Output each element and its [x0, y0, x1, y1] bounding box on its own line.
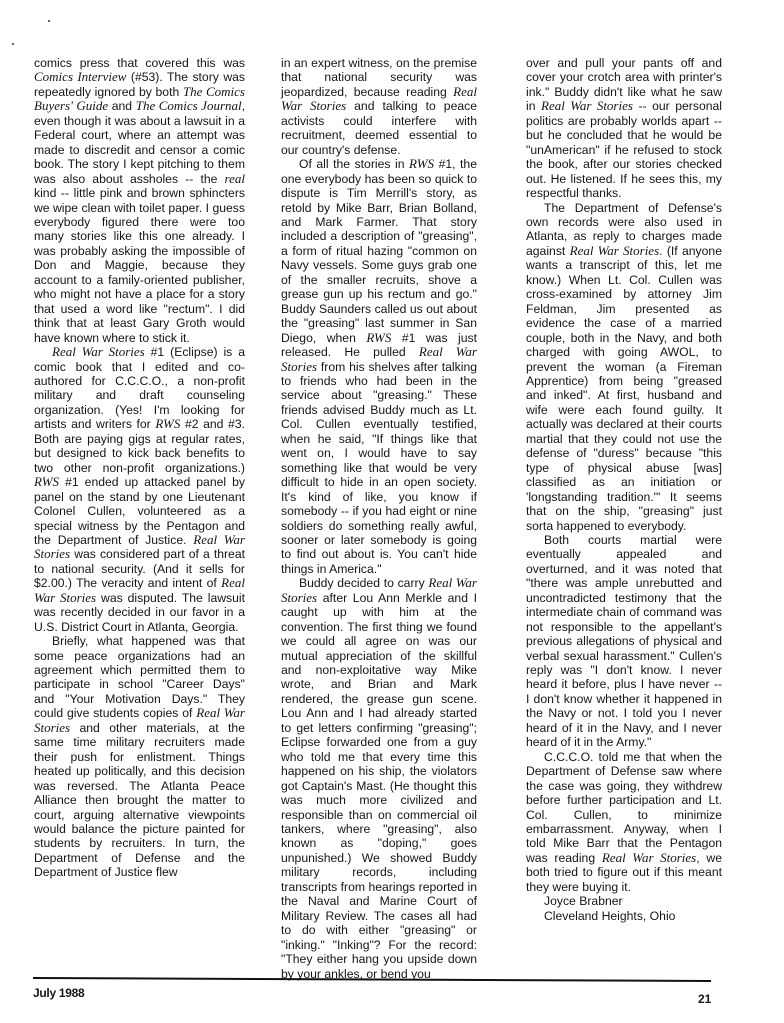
text-run: comics press that covered this was: [34, 56, 245, 70]
italic-title: Real War Stories: [570, 243, 660, 258]
scan-speck: [48, 20, 50, 22]
text-run: from his shelves after talking to friend…: [281, 360, 477, 576]
text-run: and other materials, at the same time mi…: [34, 721, 245, 880]
italic-title: Real War Stories: [52, 344, 145, 359]
signature-line: Joyce Brabner: [526, 894, 722, 908]
scan-speck: [12, 43, 14, 45]
italic-title: Comics Interview: [34, 69, 126, 84]
article-paragraph: comics press that covered this was Comic…: [34, 56, 245, 345]
article-paragraph: Both courts martial were eventually appe…: [526, 533, 722, 750]
article-paragraph: in an expert witness, on the premise tha…: [281, 56, 477, 157]
text-run: Both courts martial were eventually appe…: [526, 533, 722, 749]
italic-title: Real War Stories: [541, 98, 633, 113]
text-run: -- our personal politics are probably wo…: [526, 99, 722, 200]
footer-rule: [33, 977, 711, 982]
text-run: . (If anyone wants a transcript of this,…: [526, 244, 722, 533]
article-paragraph: Briefly, what happened was that some pea…: [34, 634, 245, 880]
article-paragraph: C.C.C.O. told me that when the Departmen…: [526, 750, 722, 895]
article-column-3: over and pull your pants off and cover y…: [526, 56, 722, 923]
text-run: C.C.C.O. told me that when the Departmen…: [526, 750, 722, 865]
article-paragraph: Real War Stories #1 (Eclipse) is a comic…: [34, 345, 245, 634]
text-run: Buddy decided to carry: [299, 576, 428, 590]
issue-date: July 1988: [33, 986, 84, 1000]
italic-title: RWS: [155, 416, 180, 431]
text-run: #1, the one everybody has been so quick …: [281, 157, 477, 344]
italic-title: RWS: [34, 474, 59, 489]
text-run: Cleveland Heights, Ohio: [544, 909, 675, 923]
article-paragraph: Buddy decided to carry Real War Stories …: [281, 576, 477, 981]
italic-title: RWS: [409, 156, 434, 171]
italic-title: The Comics Journal: [136, 98, 242, 113]
article-column-1: comics press that covered this was Comic…: [34, 56, 245, 880]
text-run: and: [108, 99, 136, 113]
text-run: Of all the stories in: [299, 157, 409, 171]
page-number: 21: [698, 992, 711, 1006]
text-run: after Lou Ann Merkle and I caught up wit…: [281, 591, 477, 981]
text-run: kind -- little pink and brown sphincters…: [34, 186, 245, 345]
signature-line: Cleveland Heights, Ohio: [526, 909, 722, 923]
text-run: Joyce Brabner: [544, 894, 623, 908]
article-paragraph: The Department of Defense's own records …: [526, 201, 722, 533]
article-column-2: in an expert witness, on the premise tha…: [281, 56, 477, 981]
italic-title: real: [225, 171, 245, 186]
italic-title: Real War Stories: [602, 850, 696, 865]
italic-title: RWS: [366, 330, 391, 345]
text-run: in an expert witness, on the premise tha…: [281, 56, 477, 99]
article-paragraph: Of all the stories in RWS #1, the one ev…: [281, 157, 477, 576]
article-paragraph: over and pull your pants off and cover y…: [526, 56, 722, 201]
